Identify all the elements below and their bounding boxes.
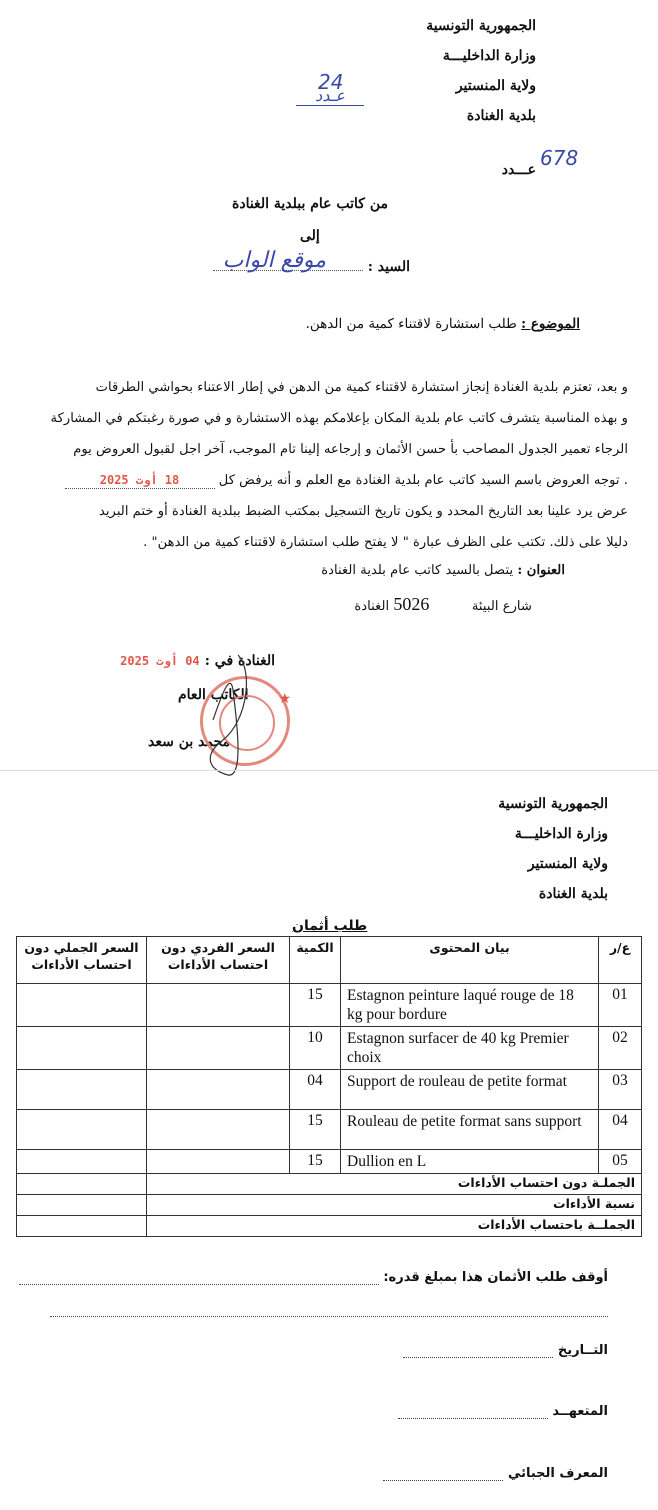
cell-no: 02	[599, 1027, 642, 1070]
amount-input-continued[interactable]	[50, 1304, 608, 1317]
cell-quantity: 15	[290, 984, 341, 1027]
page-divider	[0, 770, 658, 771]
cell-description: Estagnon surfacer de 40 kg Premier choix	[341, 1027, 599, 1070]
cell-unit-price[interactable]	[147, 1150, 290, 1174]
col-header-total-price: السعر الجملي دون احتساب الأداءات	[17, 937, 147, 984]
deadline-line-text: . توجه العروض باسم السيد كاتب عام بلدية …	[219, 473, 628, 488]
summary-value-tax-rate[interactable]	[17, 1195, 147, 1216]
price-request-title: طلب أثمان	[292, 918, 367, 934]
address-text: يتصل بالسيد كاتب عام بلدية الغنادة	[321, 563, 513, 578]
cell-no: 04	[599, 1110, 642, 1150]
cell-quantity: 15	[290, 1110, 341, 1150]
cell-total-price[interactable]	[17, 1150, 147, 1174]
header-republic: الجمهورية التونسية	[336, 18, 536, 48]
recipient-handwritten: موقع الواب	[223, 248, 326, 273]
street-line: شارع البيئة 5026 الغنادة	[354, 589, 532, 622]
ref-number-handwritten: 678	[540, 146, 578, 170]
col-header-description: بيان المحتوى	[341, 937, 599, 984]
table-row: 04 Rouleau de petite format sans support…	[17, 1110, 642, 1150]
deadline-line: . توجه العروض باسم السيد كاتب عام بلدية …	[65, 465, 629, 496]
summary-value-subtotal[interactable]	[17, 1174, 147, 1195]
tax-id-input[interactable]	[383, 1468, 503, 1481]
subject-text: طلب استشارة لاقتناء كمية من الدهن.	[306, 316, 517, 332]
col-header-quantity: الكمية	[290, 937, 341, 984]
cell-no: 05	[599, 1150, 642, 1174]
header-republic: الجمهورية التونسية	[408, 796, 608, 826]
handwritten-signature	[198, 650, 278, 780]
price-table: ع/ر بيان المحتوى الكمية السعر الفردي دون…	[16, 936, 642, 1237]
header-municipality: بلدية الغنادة	[408, 886, 608, 916]
deadline-field: 18 أوت 2025	[65, 473, 215, 489]
cell-description: Estagnon peinture laqué rouge de 18 kg p…	[341, 984, 599, 1027]
bidder-label: المتعهــد	[552, 1404, 608, 1419]
from-line: من كاتب عام ببلدية الغنادة	[232, 196, 388, 212]
recipient-field: موقع الواب	[213, 256, 363, 271]
table-row: 05 Dullion en L 15	[17, 1150, 642, 1174]
header-governorate: ولاية المنستير	[336, 78, 536, 108]
cell-total-price[interactable]	[17, 1027, 147, 1070]
cell-total-price[interactable]	[17, 1070, 147, 1110]
header-governorate: ولاية المنستير	[408, 856, 608, 886]
cell-unit-price[interactable]	[147, 1027, 290, 1070]
cell-total-price[interactable]	[17, 984, 147, 1027]
ref-label: عـــدد	[502, 162, 536, 178]
summary-row-tax-rate: نسبة الأداءات	[17, 1195, 642, 1216]
body-line-2: و بهذه المناسبة يتشرف كاتب عام بلدية الم…	[51, 403, 628, 434]
table-header-row: ع/ر بيان المحتوى الكمية السعر الفردي دون…	[17, 937, 642, 984]
summary-value-total[interactable]	[17, 1216, 147, 1237]
date-field-row: التــاريخ	[403, 1343, 608, 1358]
tax-id-field-row: المعرف الجبائي	[383, 1466, 608, 1481]
body-line-1: و بعد، تعتزم بلدية الغنادة إنجاز استشارة…	[96, 372, 628, 403]
cell-quantity: 04	[290, 1070, 341, 1110]
cell-description: Rouleau de petite format sans support	[341, 1110, 599, 1150]
cell-quantity: 10	[290, 1027, 341, 1070]
subject-label: الموضوع :	[521, 316, 580, 332]
header-municipality: بلدية الغنادة	[336, 108, 536, 138]
col-header-unit-price: السعر الفردي دون احتساب الأداءات	[147, 937, 290, 984]
cell-description: Support de rouleau de petite format	[341, 1070, 599, 1110]
bidder-field-row: المتعهــد	[398, 1404, 608, 1419]
header-ministry: وزارة الداخليـــة	[408, 826, 608, 856]
cell-description: Dullion en L	[341, 1150, 599, 1174]
tax-id-label: المعرف الجبائي	[508, 1466, 608, 1481]
table-row: 02 Estagnon surfacer de 40 kg Premier ch…	[17, 1027, 642, 1070]
bidder-input[interactable]	[398, 1406, 548, 1419]
letter-header: الجمهورية التونسية وزارة الداخليـــة ولا…	[336, 18, 536, 138]
col-header-no: ع/ر	[599, 937, 642, 984]
star-icon: ★	[278, 691, 291, 707]
signed-date-stamp: 04 أوت 2025	[120, 654, 199, 668]
postal-code: 5026	[393, 594, 429, 614]
city: الغنادة	[354, 599, 389, 614]
body-line-5: دليلا على ذلك. تكتب على الظرف عبارة " لا…	[143, 527, 628, 558]
subject-line: الموضوع : طلب استشارة لاقتناء كمية من ال…	[280, 316, 580, 332]
street: شارع البيئة	[472, 599, 532, 614]
recipient-line: السيد : موقع الواب	[185, 256, 410, 275]
cell-no: 01	[599, 984, 642, 1027]
cell-unit-price[interactable]	[147, 984, 290, 1027]
top-number-label: عـدد	[296, 86, 364, 106]
cell-unit-price[interactable]	[147, 1070, 290, 1110]
address-line: العنوان : يتصل بالسيد كاتب عام بلدية الغ…	[321, 555, 565, 586]
amount-label: أوقف طلب الأثمان هذا بمبلغ قدره:	[383, 1270, 608, 1285]
cell-no: 03	[599, 1070, 642, 1110]
table-row: 03 Support de rouleau de petite format 0…	[17, 1070, 642, 1110]
summary-row-subtotal: الجملـة دون احتساب الأداءات	[17, 1174, 642, 1195]
summary-row-total: الجملــة باحتساب الأداءات	[17, 1216, 642, 1237]
address-label: العنوان :	[517, 563, 565, 578]
recipient-label: السيد :	[368, 259, 410, 275]
body-line-4: عرض يرد علينا بعد التاريخ المحدد و يكون …	[99, 496, 628, 527]
summary-label-tax-rate: نسبة الأداءات	[147, 1195, 642, 1216]
date-input[interactable]	[403, 1345, 553, 1358]
price-request-header: الجمهورية التونسية وزارة الداخليـــة ولا…	[408, 796, 608, 916]
summary-label-subtotal: الجملـة دون احتساب الأداءات	[147, 1174, 642, 1195]
amount-field-row: أوقف طلب الأثمان هذا بمبلغ قدره:	[19, 1270, 608, 1285]
summary-label-total: الجملــة باحتساب الأداءات	[147, 1216, 642, 1237]
header-ministry: وزارة الداخليـــة	[336, 48, 536, 78]
cell-quantity: 15	[290, 1150, 341, 1174]
body-line-3: الرجاء تعمير الجدول المصاحب بأ حسن الأثم…	[73, 434, 628, 465]
cell-total-price[interactable]	[17, 1110, 147, 1150]
table-row: 01 Estagnon peinture laqué rouge de 18 k…	[17, 984, 642, 1027]
date-label: التــاريخ	[558, 1343, 608, 1358]
to-label: إلى	[300, 228, 320, 244]
cell-unit-price[interactable]	[147, 1110, 290, 1150]
amount-input[interactable]	[19, 1272, 379, 1285]
deadline-stamp: 18 أوت 2025	[100, 473, 179, 487]
